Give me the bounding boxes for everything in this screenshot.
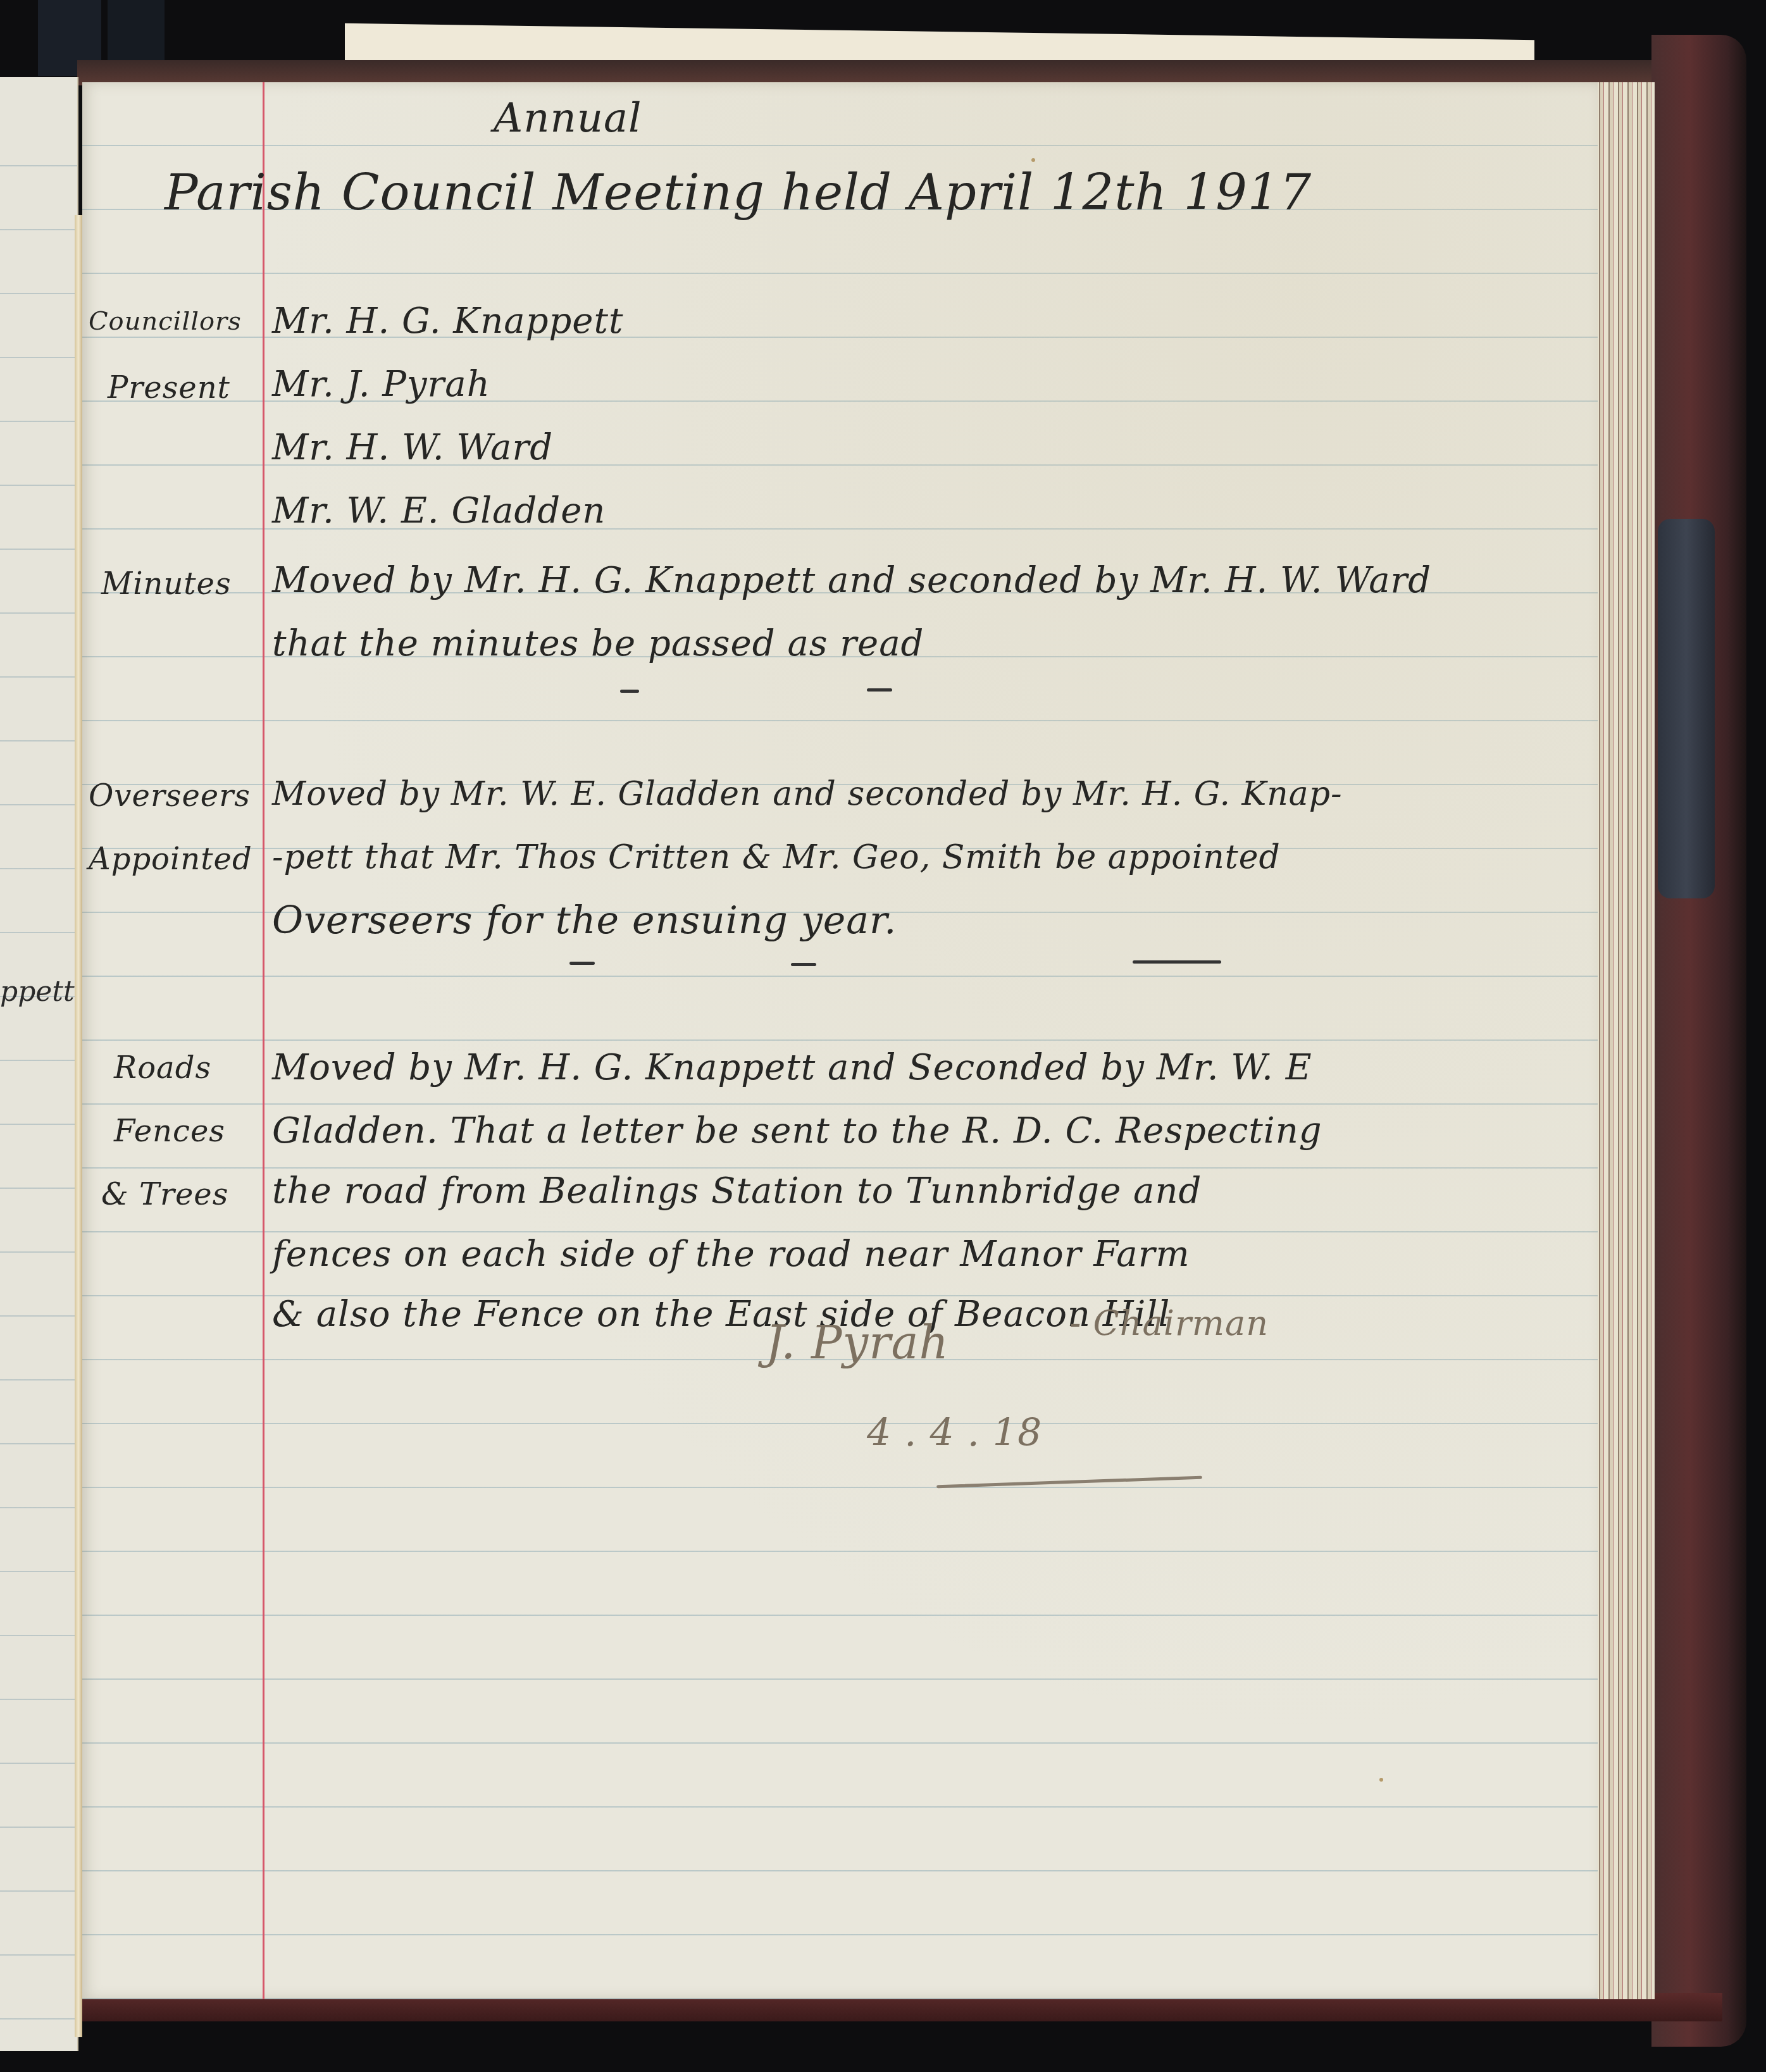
left-page-text-fragment: ppett [0, 976, 75, 1008]
paper-stain [1031, 158, 1035, 162]
minute-line: Moved by Mr. W. E. Gladden and seconded … [272, 775, 1343, 813]
minute-line: -pett that Mr. Thos Critten & Mr. Geo, S… [272, 838, 1281, 876]
underline-mark [791, 963, 816, 966]
paper-stain [1379, 1778, 1383, 1782]
underline-mark [620, 690, 639, 693]
minute-line: Overseers for the ensuing year. [272, 898, 897, 943]
margin-label-present: Present [108, 370, 230, 406]
margin-label-councillors: Councillors [89, 307, 242, 336]
left-page-fragment: ppett [0, 77, 78, 2051]
signature-underline [936, 1476, 1202, 1489]
margin-label-minutes: Minutes [101, 566, 232, 602]
attendee-line: Mr. W. E. Gladden [272, 490, 606, 531]
margin-label-fences: Fences [114, 1114, 225, 1149]
minute-line: Moved by Mr. H. G. Knappett and Seconded… [272, 1047, 1312, 1088]
minute-line: & also the Fence on the East side of Bea… [272, 1294, 1170, 1335]
title-insert-annual: Annual [494, 95, 642, 142]
signature-date: 4 . 4 . 18 [867, 1411, 1042, 1455]
chairman-title: - Chairman [1069, 1303, 1269, 1343]
book-cover-spine [1651, 35, 1746, 2047]
margin-label-trees: & Trees [101, 1177, 228, 1212]
page-edges [1595, 82, 1655, 1999]
minute-line: Gladden. That a letter be sent to the R.… [272, 1110, 1322, 1151]
attendee-line: Mr. H. W. Ward [272, 427, 553, 468]
underline-mark [569, 962, 595, 965]
minute-line: the road from Bealings Station to Tunnbr… [272, 1170, 1202, 1212]
minute-line: that the minutes be passed as read [272, 623, 924, 664]
bookmark-ribbon [1658, 519, 1715, 898]
gutter-binding-cord [75, 215, 82, 2037]
attendee-line: Mr. J. Pyrah [272, 364, 490, 405]
margin-rule [263, 82, 264, 1999]
minute-line: Moved by Mr. H. G. Knappett and seconded… [272, 560, 1431, 601]
margin-label-appointed: Appointed [89, 841, 252, 877]
chairman-signature: J. Pyrah [766, 1316, 949, 1369]
underline-mark [1133, 960, 1221, 964]
underline-mark [867, 688, 892, 692]
attendee-line: Mr. H. G. Knappett [272, 301, 623, 342]
minute-book-page: Annual Parish Council Meeting held April… [82, 82, 1598, 1999]
margin-label-roads: Roads [114, 1050, 211, 1086]
book-cover-top [77, 60, 1735, 85]
margin-label-overseers: Overseers [89, 778, 251, 814]
page-title: Parish Council Meeting held April 12th 1… [165, 164, 1312, 221]
minute-line: fences on each side of the road near Man… [272, 1234, 1190, 1275]
